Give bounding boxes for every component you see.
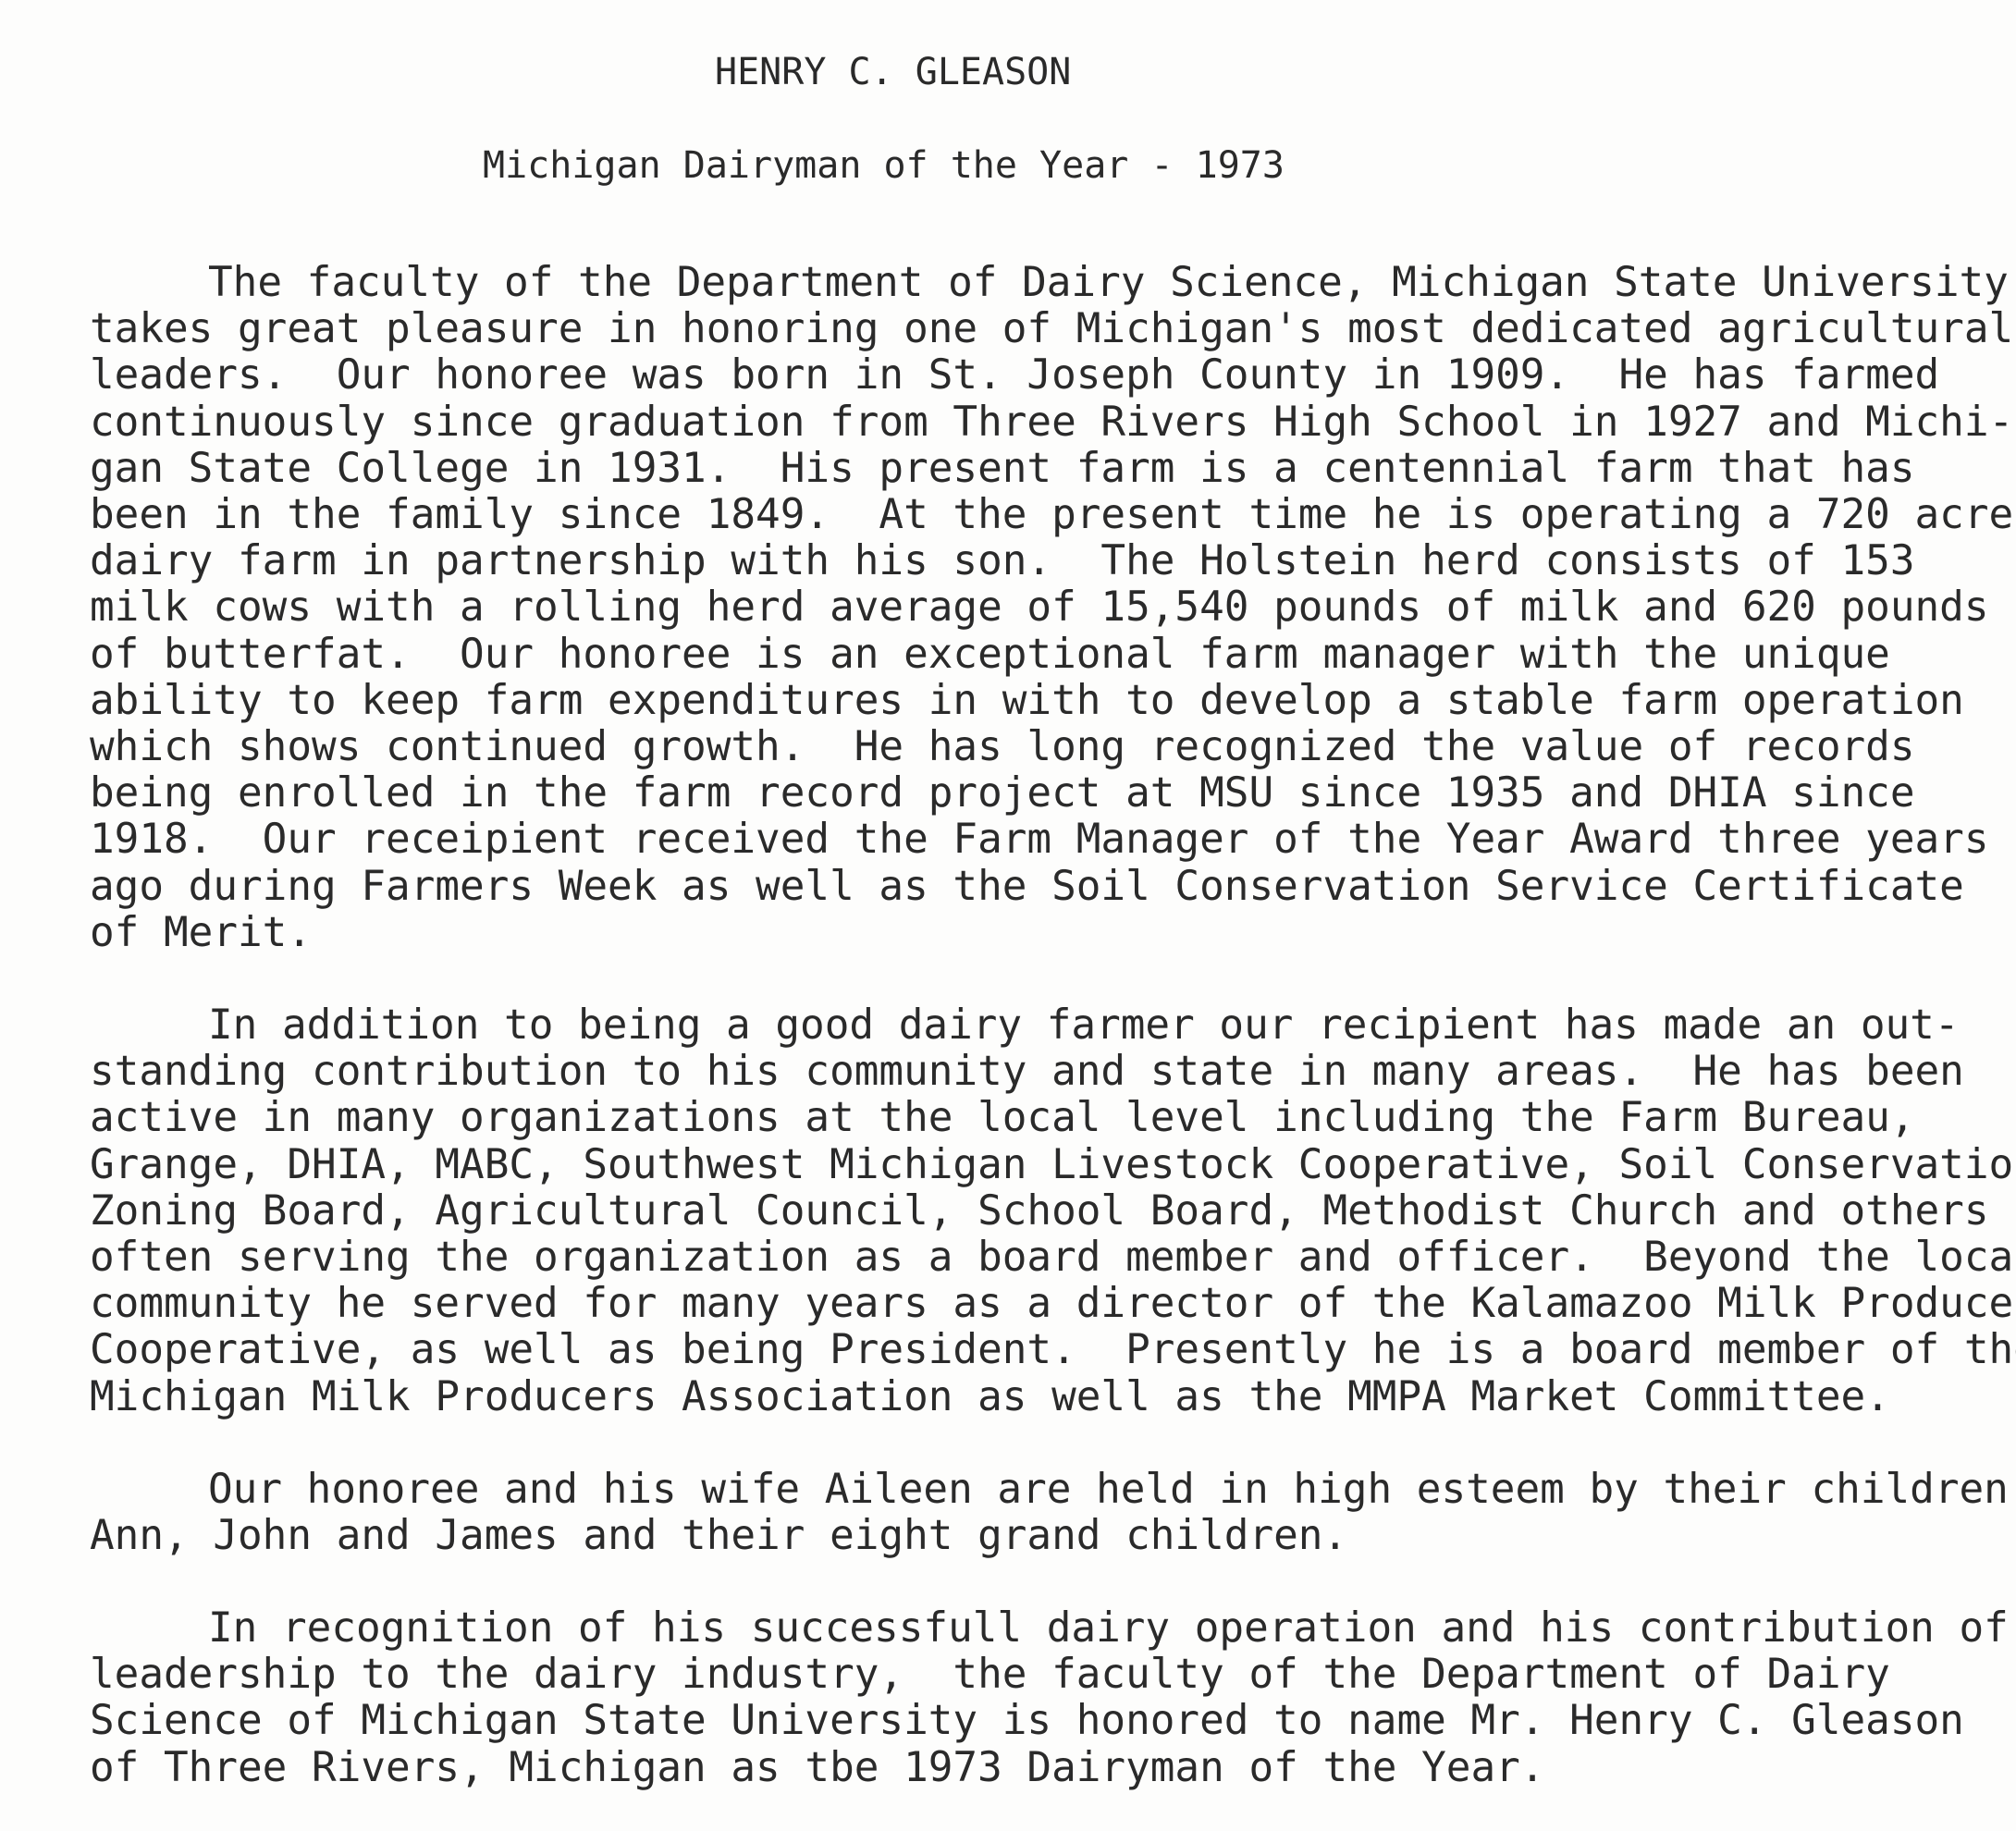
text-line: often serving the organization as a boar… <box>90 1235 1995 1281</box>
text-line: Ann, John and James and their eight gran… <box>90 1513 1995 1559</box>
text-line: leadership to the dairy industry, the fa… <box>90 1652 1995 1698</box>
paragraph-biography: The faculty of the Department of Dairy S… <box>90 260 1995 956</box>
text-line: Zoning Board, Agricultural Council, Scho… <box>90 1188 1995 1235</box>
text-line: takes great pleasure in honoring one of … <box>90 306 1995 352</box>
document-subtitle: Michigan Dairyman of the Year - 1973 <box>483 144 1285 187</box>
document-title: HENRY C. GLEASON <box>715 51 1071 93</box>
text-line: In recognition of his successfull dairy … <box>90 1605 1995 1652</box>
paragraph-recognition: In recognition of his successfull dairy … <box>90 1605 1995 1791</box>
paragraph-family: Our honoree and his wife Aileen are held… <box>90 1467 1995 1559</box>
text-line: of butterfat. Our honoree is an exceptio… <box>90 632 1995 678</box>
text-line: been in the family since 1849. At the pr… <box>90 492 1995 538</box>
text-line: Cooperative, as well as being President.… <box>90 1327 1995 1373</box>
text-line: The faculty of the Department of Dairy S… <box>90 260 1995 306</box>
text-line: gan State College in 1931. His present f… <box>90 446 1995 492</box>
text-line: milk cows with a rolling herd average of… <box>90 584 1995 631</box>
text-line: Michigan Milk Producers Association as w… <box>90 1374 1995 1420</box>
paragraph-community: In addition to being a good dairy farmer… <box>90 1002 1995 1420</box>
text-line: Our honoree and his wife Aileen are held… <box>90 1467 1995 1513</box>
text-line: ago during Farmers Week as well as the S… <box>90 864 1995 910</box>
text-line: community he served for many years as a … <box>90 1281 1995 1327</box>
text-line: of Three Rivers, Michigan as tbe 1973 Da… <box>90 1745 1995 1791</box>
text-line: leaders. Our honoree was born in St. Jos… <box>90 352 1995 399</box>
text-line: Grange, DHIA, MABC, Southwest Michigan L… <box>90 1142 1995 1188</box>
text-line: 1918. Our receipient received the Farm M… <box>90 817 1995 863</box>
text-line: ability to keep farm expenditures in wit… <box>90 678 1995 724</box>
text-line: Science of Michigan State University is … <box>90 1698 1995 1744</box>
text-line: active in many organizations at the loca… <box>90 1095 1995 1141</box>
text-line: being enrolled in the farm record projec… <box>90 770 1995 817</box>
text-line: which shows continued growth. He has lon… <box>90 724 1995 770</box>
text-line: dairy farm in partnership with his son. … <box>90 538 1995 584</box>
text-line: of Merit. <box>90 910 1995 956</box>
text-line: continuously since graduation from Three… <box>90 399 1995 446</box>
text-line: standing contribution to his community a… <box>90 1049 1995 1095</box>
text-line: In addition to being a good dairy farmer… <box>90 1002 1995 1049</box>
